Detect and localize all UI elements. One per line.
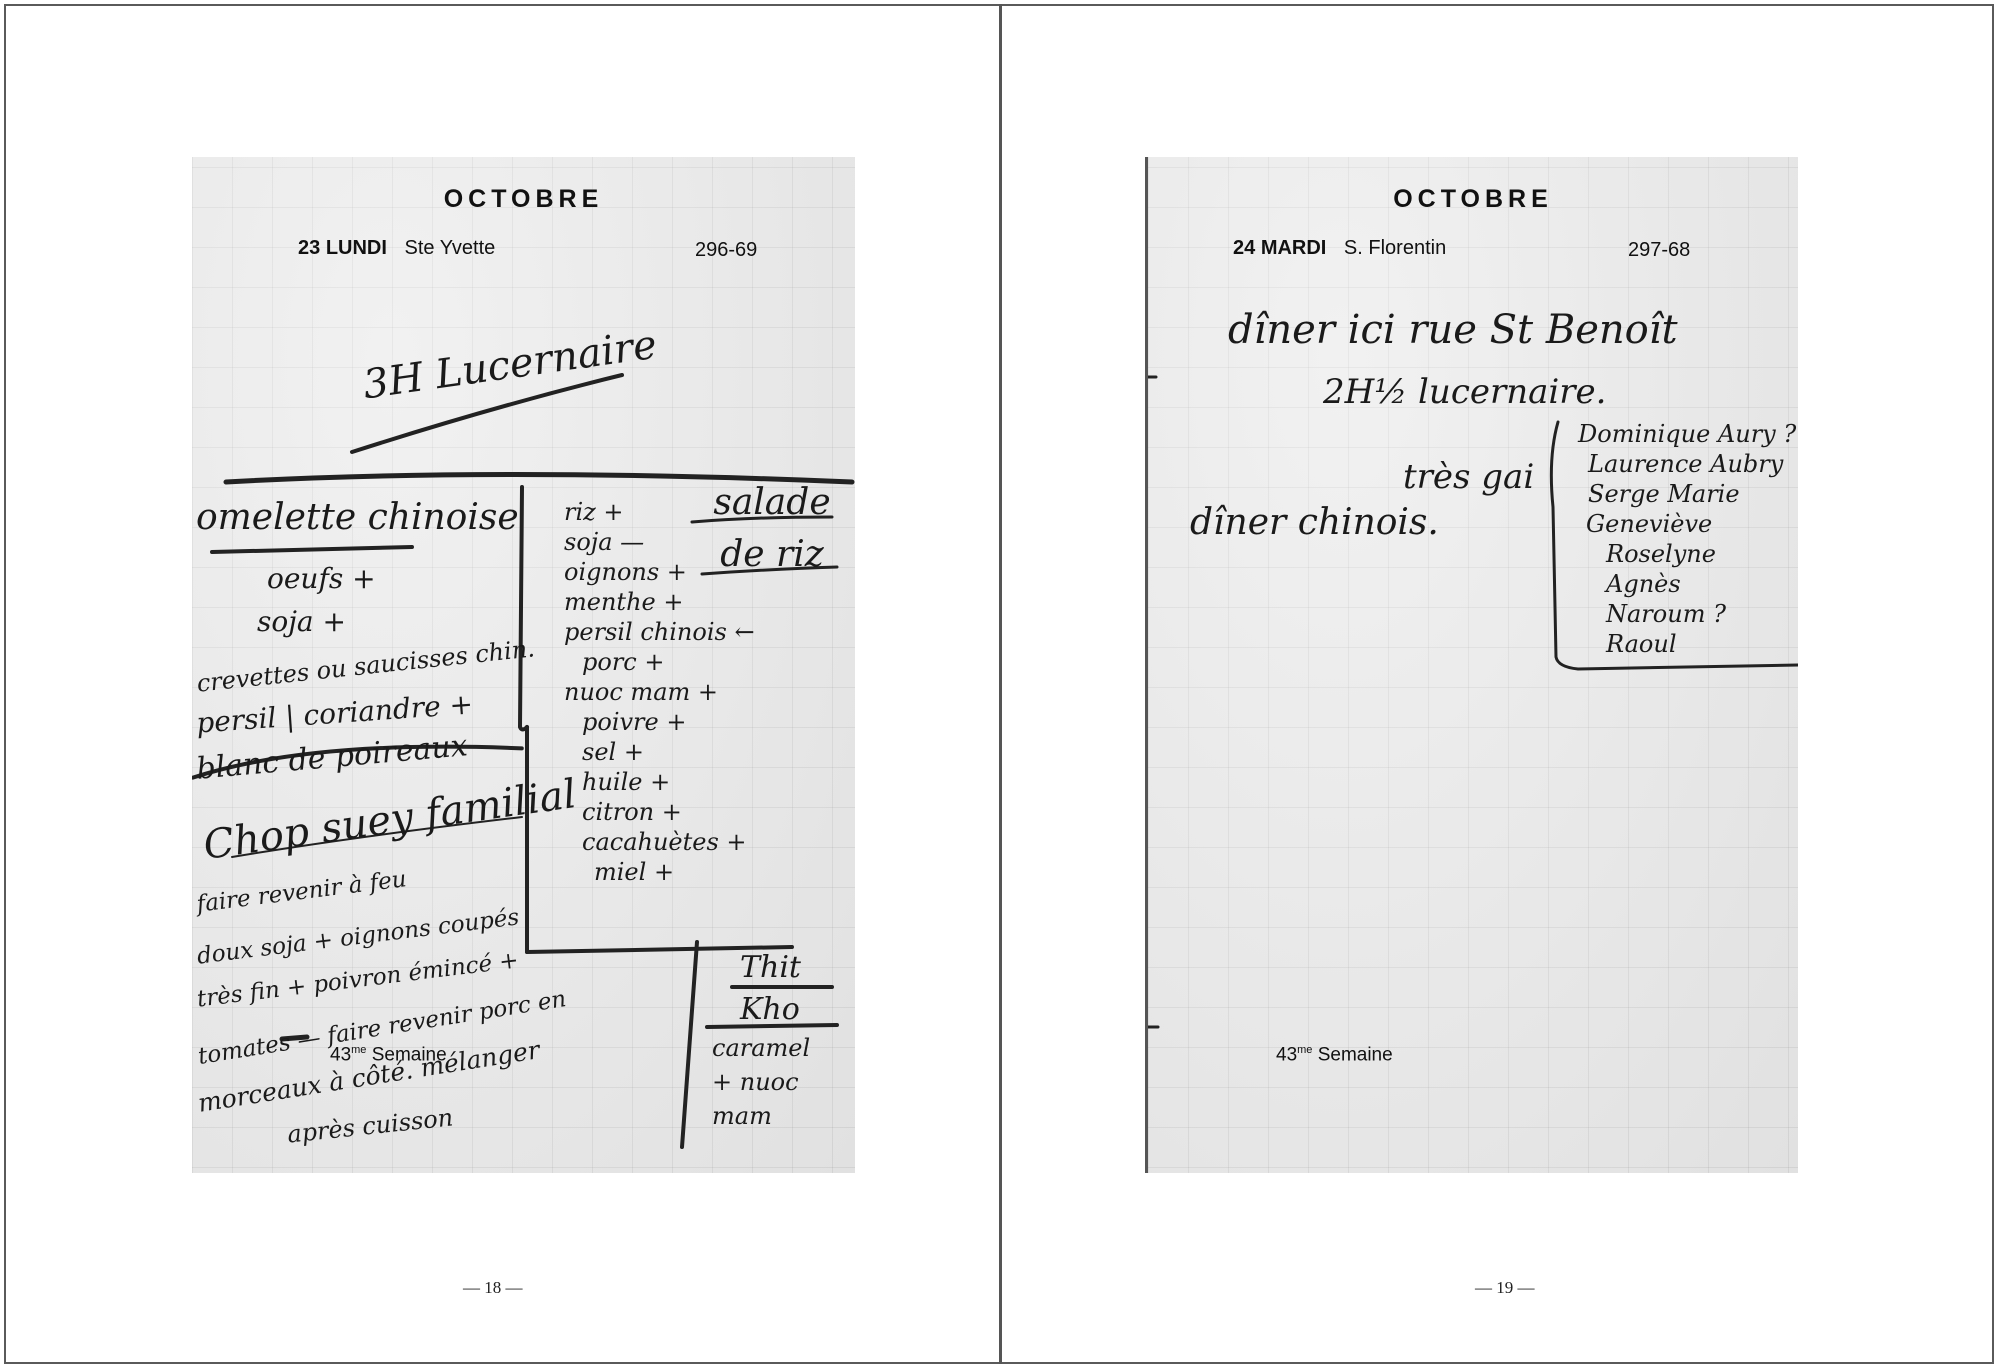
hw-ingredient: poivre + [564,707,755,737]
hw-box-line: caramel [712,1031,810,1065]
hw-ingredient: persil chinois ← [564,617,755,647]
gutter-divider [999,4,1002,1364]
day-count: 297-68 [1628,239,1690,262]
day-heading: 23 LUNDI Ste Yvette [298,237,495,260]
month-heading: OCTOBRE [1148,185,1798,214]
hw-ingredient: menthe + [564,587,755,617]
hw-guest: Laurence Aubry [1578,449,1796,479]
hw-ingredient: nuoc mam + [564,677,755,707]
hw-ingredient: sel + [564,737,755,767]
hw-omelette-line: crevettes ou saucisses chin. [195,634,536,697]
hw-box-line: Thit [712,947,810,989]
week-suffix: me [351,1044,366,1056]
hw-time-line: 2H½ lucernaire. [1323,372,1606,412]
hw-title: 3H Lucernaire [360,322,659,409]
day-count: 296-69 [695,239,757,262]
hw-chop-suey-heading: Chop suey familial [201,771,579,869]
week-number: 43 [1276,1044,1297,1065]
week-number: 43 [330,1044,351,1065]
hw-guest: Roselyne [1578,539,1796,569]
agenda-scan-left: OCTOBRE 23 LUNDI Ste Yvette 296-69 3H Lu… [192,157,855,1173]
hw-omelette-heading: omelette chinoise [196,497,519,538]
hw-salade-heading: salade de riz [697,477,847,581]
hw-dinner-line: dîner ici rue St Benoît [1228,307,1678,353]
week-suffix: me [1297,1044,1312,1056]
hw-guest: Raoul [1578,629,1796,659]
hw-guest: Serge Marie [1578,479,1796,509]
month-heading: OCTOBRE [192,185,855,214]
hw-ingredient: cacahuètes + [564,827,755,857]
hw-omelette-line: blanc de poireaux [195,728,469,787]
hw-box-line: mam [712,1099,810,1133]
hw-guest-list: Dominique Aury ? Laurence Aubry Serge Ma… [1578,419,1796,659]
day-name: LUNDI [326,237,387,259]
hw-ingredient: huile + [564,767,755,797]
hw-tres-gai: très gai [1403,457,1534,497]
hw-box-line: + nuoc [712,1065,810,1099]
hw-guest: Dominique Aury ? [1578,419,1796,449]
agenda-scan-right: OCTOBRE 24 MARDI S. Florentin 297-68 dîn… [1145,157,1798,1173]
hw-omelette-line: soja + [257,605,346,638]
hw-ingredient: citron + [564,797,755,827]
hw-box-line: Kho [712,989,810,1031]
saint-name: Ste Yvette [404,237,495,259]
hw-thit-kho-box: Thit Kho caramel + nuoc mam [712,947,810,1133]
week-text: Semaine [372,1044,447,1065]
page-number-right: — 19 — [1475,1278,1535,1298]
saint-name: S. Florentin [1344,237,1446,259]
hw-ingredient: miel + [564,857,755,887]
day-number: 24 [1233,237,1255,259]
day-number: 23 [298,237,320,259]
week-label: 43me Semaine [1276,1044,1393,1066]
hw-diner-chinois: dîner chinois. [1190,502,1439,543]
page-number-left: — 18 — [463,1278,523,1298]
week-label: 43me Semaine [330,1044,447,1066]
hw-omelette-line: oeufs + [267,562,376,595]
hw-guest: Naroum ? [1578,599,1796,629]
day-name: MARDI [1261,237,1327,259]
hw-guest: Agnès [1578,569,1796,599]
hw-guest: Geneviève [1578,509,1796,539]
hw-chop-suey-line: faire revenir à feu [195,866,408,918]
hw-ingredient: porc + [564,647,755,677]
week-text: Semaine [1318,1044,1393,1065]
hw-chop-suey-line: après cuisson [286,1103,454,1148]
day-heading: 24 MARDI S. Florentin [1233,237,1446,260]
